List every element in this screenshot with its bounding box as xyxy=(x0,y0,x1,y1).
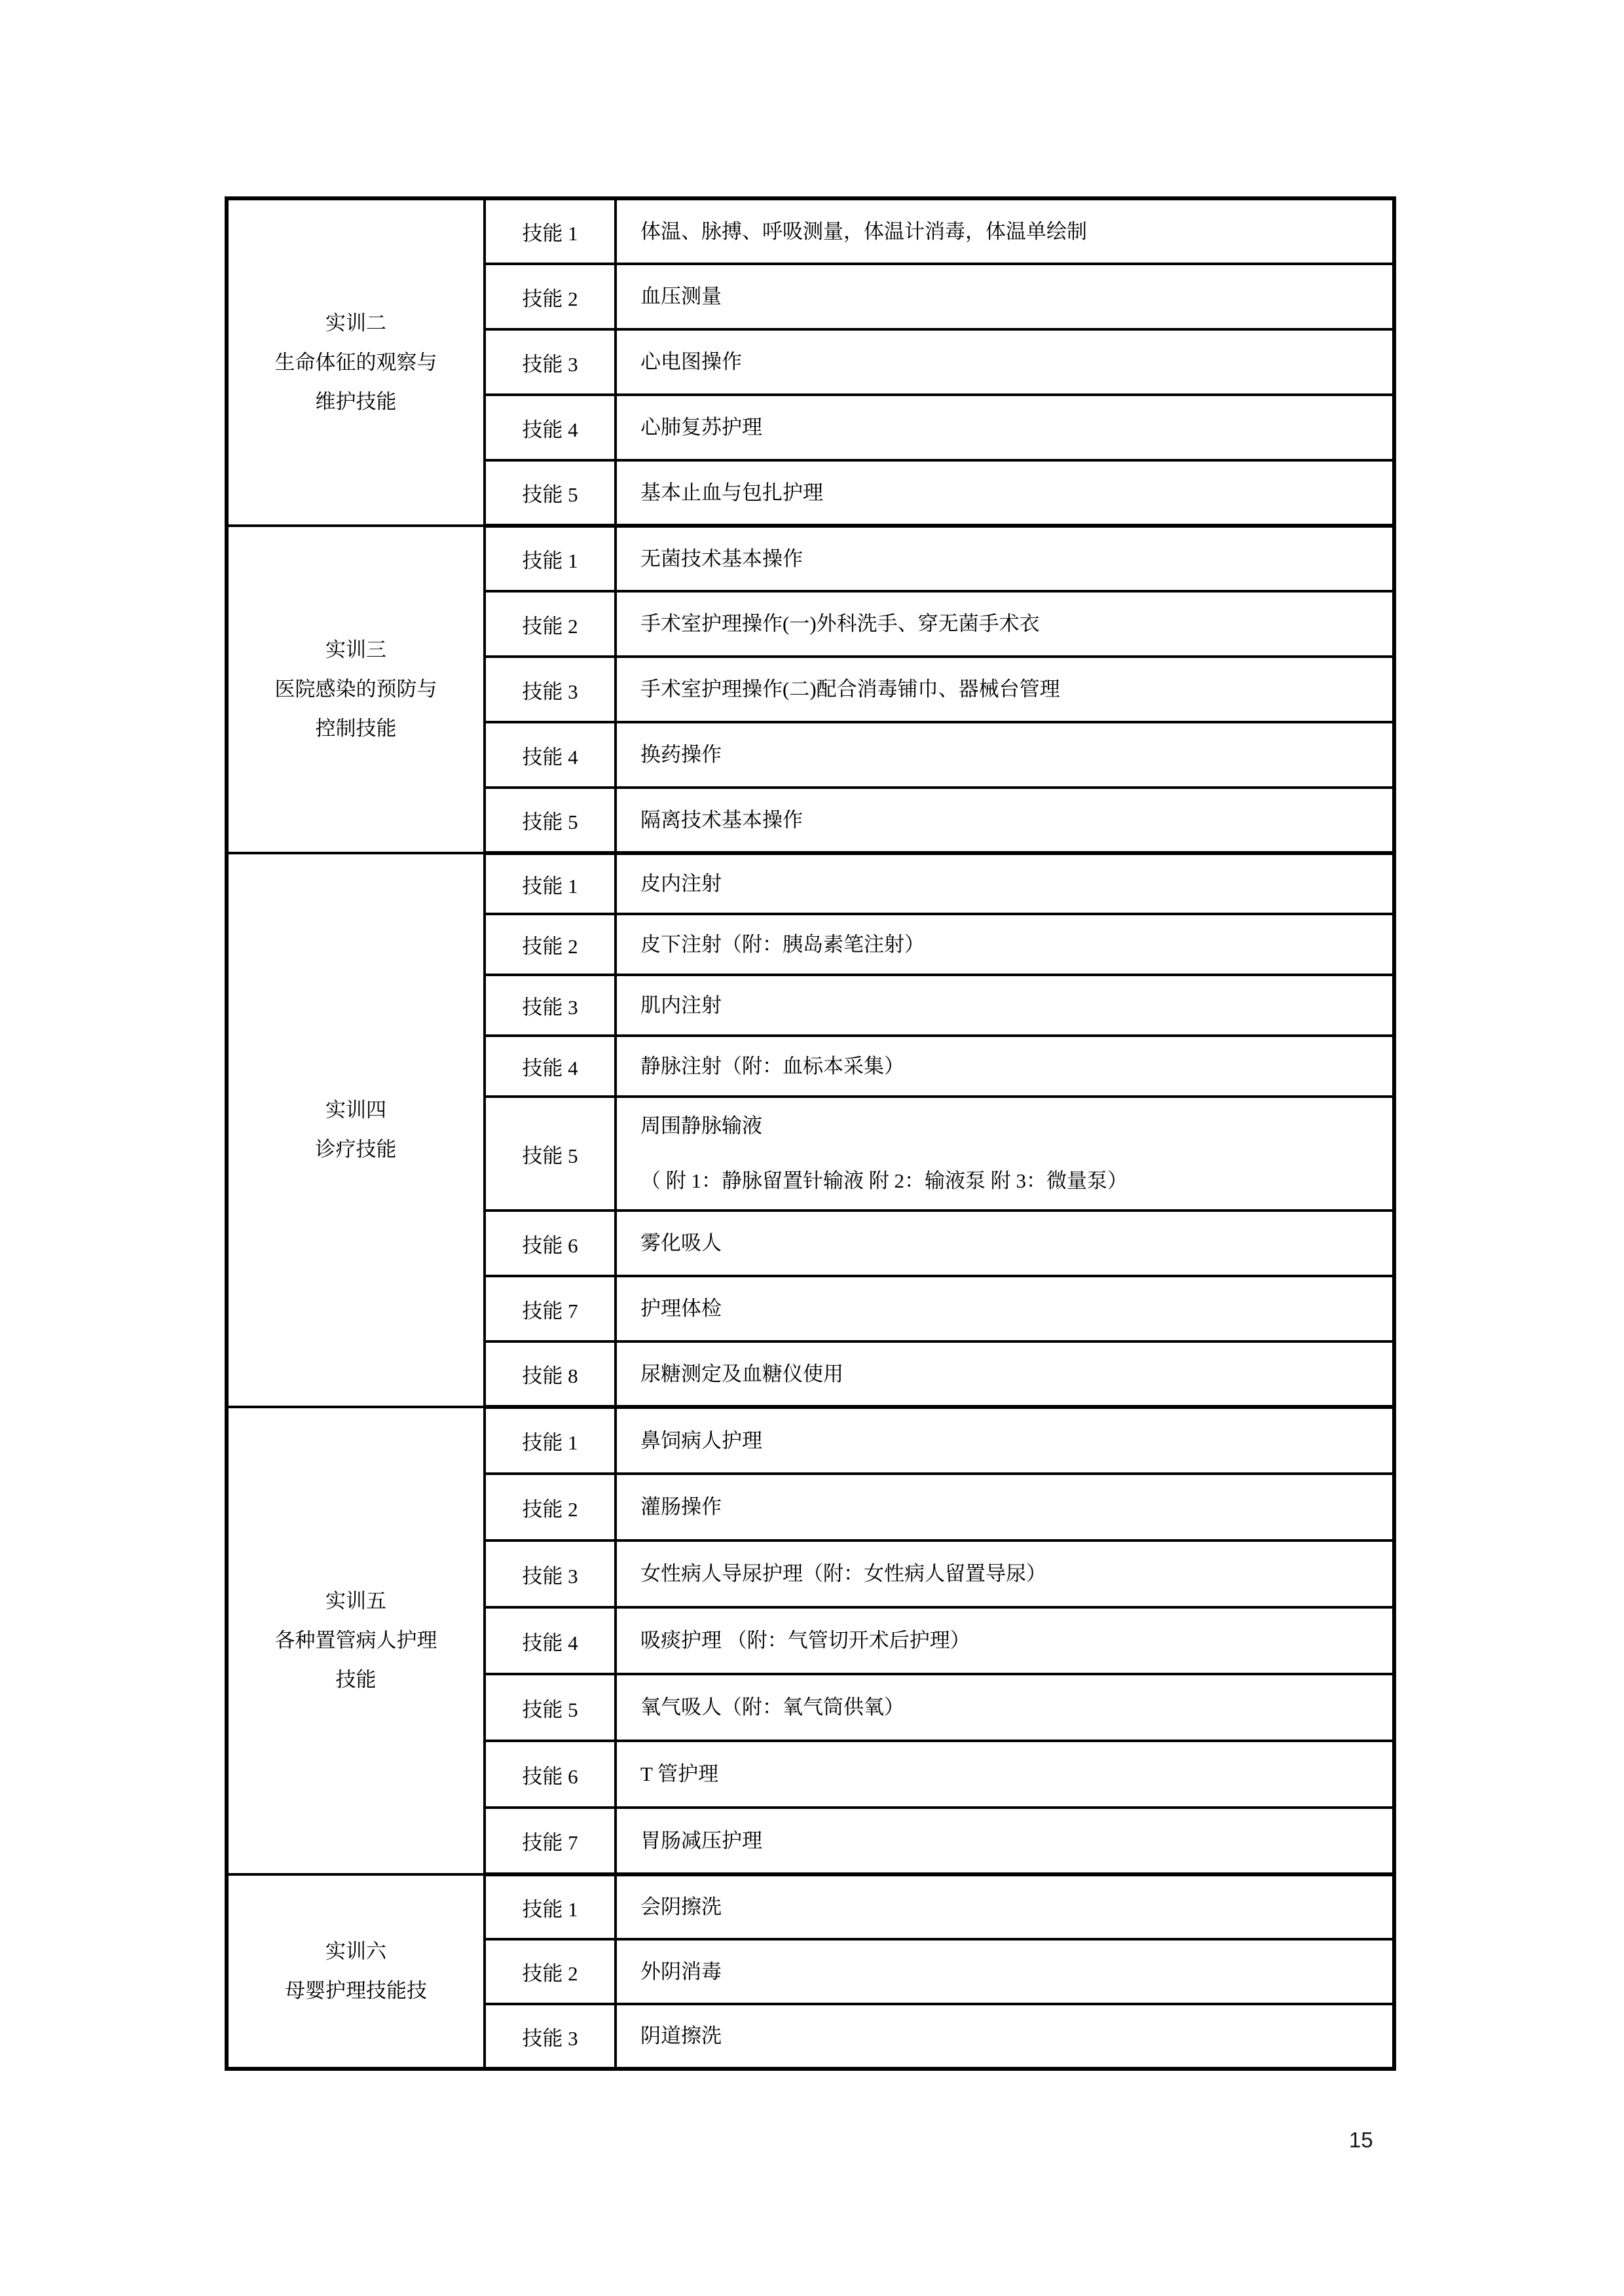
table-row: 实训六 母婴护理技能技 技能 1 会阴擦洗 xyxy=(227,1874,1394,1939)
skill-number-cell: 技能 3 xyxy=(485,975,616,1036)
table-row: 实训五 各种置管病人护理 技能 技能 1 鼻饲病人护理 xyxy=(227,1407,1394,1474)
skill-desc-cell: 外阴消毒 xyxy=(616,1939,1394,2004)
skill-number-cell: 技能 1 xyxy=(485,1874,616,1939)
skill-number-cell: 技能 1 xyxy=(485,198,616,264)
section-label-cell: 实训四 诊疗技能 xyxy=(227,853,485,1407)
skill-number-cell: 技能 3 xyxy=(485,2004,616,2069)
skill-desc-cell: 周围静脉输液 （ 附 1：静脉留置针输液 附 2：输液泵 附 3：微量泵） xyxy=(616,1097,1394,1211)
skill-desc-cell: T 管护理 xyxy=(616,1741,1394,1808)
skill-number-cell: 技能 7 xyxy=(485,1808,616,1874)
skill-number-cell: 技能 5 xyxy=(485,1674,616,1741)
skill-number-cell: 技能 3 xyxy=(485,1540,616,1607)
skill-desc-cell: 体温、脉搏、呼吸测量，体温计消毒，体温单绘制 xyxy=(616,198,1394,264)
section-label-cell: 实训六 母婴护理技能技 xyxy=(227,1874,485,2069)
section-label: 实训五 各种置管病人护理 技能 xyxy=(229,1582,483,1700)
table-row: 实训四 诊疗技能 技能 1 皮内注射 xyxy=(227,853,1394,914)
skill-number-cell: 技能 7 xyxy=(485,1276,616,1341)
skill-desc-cell: 心肺复苏护理 xyxy=(616,395,1394,460)
section-label-cell: 实训五 各种置管病人护理 技能 xyxy=(227,1407,485,1874)
section-label: 实训六 母婴护理技能技 xyxy=(229,1932,483,2011)
skill-desc-cell: 阴道擦洗 xyxy=(616,2004,1394,2069)
skill-number-cell: 技能 5 xyxy=(485,460,616,526)
skill-desc-cell: 吸痰护理 （附：气管切开术后护理） xyxy=(616,1607,1394,1674)
skill-desc-cell: 雾化吸人 xyxy=(616,1211,1394,1276)
skill-number-cell: 技能 6 xyxy=(485,1741,616,1808)
skill-number-cell: 技能 4 xyxy=(485,395,616,460)
skill-number-cell: 技能 2 xyxy=(485,1474,616,1540)
section-label: 实训二 生命体征的观察与 维护技能 xyxy=(229,304,483,422)
skill-desc-cell: 心电图操作 xyxy=(616,329,1394,395)
skill-desc-cell: 手术室护理操作(一)外科洗手、穿无菌手术衣 xyxy=(616,591,1394,657)
skill-number-cell: 技能 5 xyxy=(485,788,616,853)
table-row: 实训二 生命体征的观察与 维护技能 技能 1 体温、脉搏、呼吸测量，体温计消毒，… xyxy=(227,198,1394,264)
skill-number-cell: 技能 6 xyxy=(485,1211,616,1276)
section-label-cell: 实训二 生命体征的观察与 维护技能 xyxy=(227,198,485,526)
skill-number-cell: 技能 1 xyxy=(485,1407,616,1474)
skill-desc-cell: 会阴擦洗 xyxy=(616,1874,1394,1939)
skill-number-cell: 技能 8 xyxy=(485,1341,616,1407)
section-label: 实训三 医院感染的预防与 控制技能 xyxy=(229,630,483,748)
skill-desc-cell: 肌内注射 xyxy=(616,975,1394,1036)
skill-desc-cell: 基本止血与包扎护理 xyxy=(616,460,1394,526)
skill-number-cell: 技能 4 xyxy=(485,1607,616,1674)
skill-desc-cell: 手术室护理操作(二)配合消毒铺巾、器械台管理 xyxy=(616,657,1394,722)
skill-number-cell: 技能 3 xyxy=(485,657,616,722)
section-label-cell: 实训三 医院感染的预防与 控制技能 xyxy=(227,526,485,853)
skill-desc-cell: 隔离技术基本操作 xyxy=(616,788,1394,853)
skill-number-cell: 技能 2 xyxy=(485,264,616,329)
skill-desc-cell: 皮内注射 xyxy=(616,853,1394,914)
skill-desc-cell: 胃肠减压护理 xyxy=(616,1808,1394,1874)
skill-desc-cell: 女性病人导尿护理（附：女性病人留置导尿） xyxy=(616,1540,1394,1607)
skill-number-cell: 技能 1 xyxy=(485,853,616,914)
skill-desc-cell: 无菌技术基本操作 xyxy=(616,526,1394,591)
skill-desc-cell: 换药操作 xyxy=(616,722,1394,788)
skill-number-cell: 技能 4 xyxy=(485,722,616,788)
skill-desc-cell: 静脉注射（附：血标本采集） xyxy=(616,1036,1394,1097)
skill-number-cell: 技能 1 xyxy=(485,526,616,591)
training-skills-table: 实训二 生命体征的观察与 维护技能 技能 1 体温、脉搏、呼吸测量，体温计消毒，… xyxy=(225,196,1396,2071)
skill-desc-cell: 鼻饲病人护理 xyxy=(616,1407,1394,1474)
page-number: 15 xyxy=(1349,2128,1373,2153)
skill-number-cell: 技能 5 xyxy=(485,1097,616,1211)
skill-desc-cell: 护理体检 xyxy=(616,1276,1394,1341)
document-page: { "page": { "number": "15" }, "table": {… xyxy=(0,0,1624,2296)
section-label: 实训四 诊疗技能 xyxy=(229,1091,483,1169)
skill-number-cell: 技能 2 xyxy=(485,591,616,657)
skill-desc-cell: 血压测量 xyxy=(616,264,1394,329)
skill-number-cell: 技能 2 xyxy=(485,914,616,975)
skill-desc-cell: 灌肠操作 xyxy=(616,1474,1394,1540)
table-row: 实训三 医院感染的预防与 控制技能 技能 1 无菌技术基本操作 xyxy=(227,526,1394,591)
skill-number-cell: 技能 2 xyxy=(485,1939,616,2004)
skill-number-cell: 技能 4 xyxy=(485,1036,616,1097)
skill-desc-cell: 皮下注射（附：胰岛素笔注射） xyxy=(616,914,1394,975)
skill-desc-cell: 尿糖测定及血糖仪使用 xyxy=(616,1341,1394,1407)
skill-desc-cell: 氧气吸人（附：氧气筒供氧） xyxy=(616,1674,1394,1741)
skill-number-cell: 技能 3 xyxy=(485,329,616,395)
